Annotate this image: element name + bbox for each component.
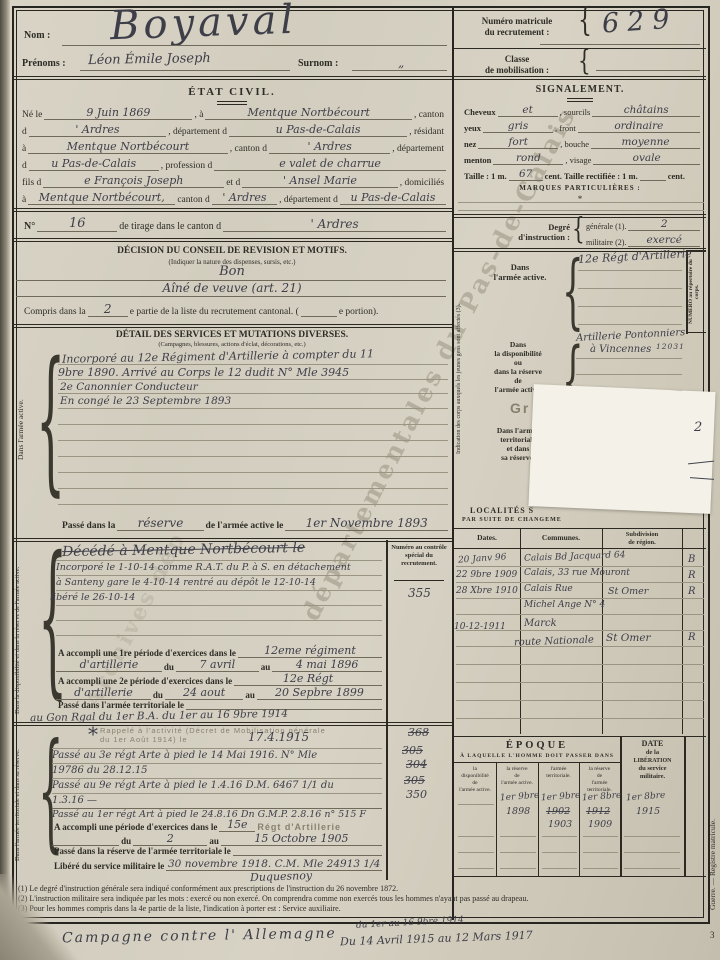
loc-col-dates: Dates. (454, 533, 520, 542)
localites-title: LOCALITÉS S (470, 506, 534, 515)
rule-line (58, 408, 448, 409)
loc-col-subdivision: Subdivision de région. (602, 531, 682, 547)
label: du (151, 690, 165, 700)
value-mother: ' Ansel Marie (242, 174, 397, 188)
margin-number: 305 (404, 774, 425, 787)
corps-dispo-num: 12031 (656, 342, 685, 351)
label: d (20, 127, 29, 137)
label: , canton (412, 110, 446, 120)
rule-line (58, 393, 448, 394)
margin-number: 350 (406, 788, 427, 801)
degre-generale-value: 2 (628, 218, 700, 231)
yeux-value: gris (483, 120, 553, 133)
compris-number: 2 (88, 302, 128, 317)
label: Passé dans la réserve de l'armée territo… (52, 846, 233, 856)
rule-line (456, 614, 704, 615)
label: , visage (563, 155, 593, 165)
rule-line (576, 358, 682, 359)
loc-col-border-3 (682, 528, 683, 734)
periode-3-row-b: du 2 au 15 Octobre 1905 (52, 832, 382, 846)
degre-militaire-value: exercé (628, 234, 700, 247)
tirage-canton: ' Ardres (223, 217, 446, 232)
entry: 19786 du 28.12.15 (52, 765, 148, 776)
label: Dans (510, 340, 526, 349)
value-departement: u Pas-de-Calais (229, 123, 407, 137)
matricule-value: 629 (601, 3, 679, 39)
periode-2-row-a: A accompli une 2e période d'exercices da… (56, 672, 382, 686)
entry: à Santeny gare le 4-10-14 rentré au dépô… (56, 577, 316, 588)
margin-label-disponibilite: Dans la disponibilité et dans la réserve… (14, 560, 36, 720)
entry: Passé au 3e régt Arte à pied le 14 Mai 1… (52, 750, 317, 761)
rule-line (456, 646, 704, 647)
label: , front (553, 123, 578, 133)
etat-line-4: d u Pas-de-Calais , profession d e valet… (20, 157, 446, 171)
blank (233, 855, 382, 856)
service-entry: En congé le 23 Septembre 1893 (60, 395, 231, 407)
passe-reserve-value: réserve (117, 516, 203, 531)
epoque-right-border (684, 736, 686, 876)
rule-line (52, 748, 382, 749)
label: militaire. (640, 773, 665, 780)
classe-label-line1: Classe (505, 54, 530, 64)
label: cent. (666, 171, 687, 181)
margin-label-corps: Indication des corps auxquels les jeunes… (456, 254, 468, 504)
label: de l'armée active le (204, 521, 286, 531)
rule-line (56, 605, 382, 606)
numero-corps-bottom (686, 332, 706, 333)
epoque-col3-header: l'armée territoriale. (538, 766, 579, 780)
value-residence: Mentque Nortbécourt (28, 140, 228, 154)
periode-2-regiment: 12e Régt (234, 672, 382, 686)
rule-line (56, 620, 382, 621)
loc-col-border-1 (520, 528, 521, 734)
section-brace: { (36, 327, 65, 511)
localites-header-line (454, 528, 706, 529)
loc-row-date: 28 Xbre 1910 (456, 586, 518, 596)
mobilisation-stamp-line2: du 1er Août 1914) le (100, 735, 188, 744)
label: l'armée (551, 766, 567, 772)
rule-line (58, 379, 448, 380)
loc-row-subdiv: St Omer (606, 632, 651, 644)
label: de la (646, 749, 659, 756)
portion-blank (301, 316, 337, 317)
label: e partie de la liste du recrutement cant… (128, 307, 301, 317)
label: de (514, 376, 522, 385)
label: dans la réserve (494, 367, 542, 376)
reserve-territoriale-row: Passé dans la réserve de l'armée territo… (52, 846, 382, 856)
rule-line (458, 852, 494, 853)
rule-line (58, 504, 448, 505)
label: l'armée active. (459, 787, 491, 793)
label: la disponibilité (494, 349, 541, 358)
entry: libéré le 26-10-14 (50, 592, 135, 603)
rule-line (500, 852, 536, 853)
periode-2-du: 24 aout (165, 686, 243, 700)
star-mark: * (88, 722, 98, 746)
margin-page-number: 3 (710, 930, 715, 940)
periode-1-du: 7 avril (176, 658, 259, 672)
epoque-date-header: DATE de la LIBÉRATION du service militai… (621, 740, 684, 781)
label: la (473, 766, 477, 772)
label: , département d (166, 127, 229, 137)
rule-line (456, 598, 704, 599)
label: de (514, 773, 519, 779)
prenoms-value: Léon Émile Joseph (88, 51, 211, 68)
label: , sourcils (558, 107, 593, 117)
rule-line (456, 700, 704, 701)
value-father: e François Joseph (43, 174, 224, 188)
title-underline (217, 101, 247, 105)
tirage-number: 16 (37, 216, 117, 232)
etat-line-3: à Mentque Nortbécourt , canton d ' Ardre… (20, 140, 446, 154)
etat-line-6: à Mentque Nortbécourt, canton d ' Ardres… (20, 191, 446, 205)
rule-line (16, 296, 446, 297)
loc-row-commune: Calais Rue (524, 584, 573, 594)
rule-line (58, 424, 448, 425)
periode-2-arme: d'artillerie (56, 686, 151, 700)
periode-2-au: 20 Sepbre 1899 (257, 686, 382, 700)
matricule-label: Numéro matricule du recrutement : (458, 16, 576, 38)
label: générale (1). (584, 222, 628, 231)
loc-row-mark: R (688, 570, 696, 581)
label: , profession d (159, 161, 214, 171)
label: , à (192, 110, 205, 120)
label: Subdivision (626, 531, 659, 538)
tirage-row: N° 16 de tirage dans le canton d ' Ardre… (22, 216, 446, 232)
rule-line (456, 664, 704, 665)
services-title: DÉTAIL DES SERVICES ET MUTATIONS DIVERSE… (12, 330, 452, 340)
label: A accompli une 2e période d'exercices da… (56, 676, 234, 686)
nom-value: Boyaval (109, 0, 298, 49)
entry: 1.3.16 — (52, 795, 97, 806)
rule-line (540, 44, 700, 45)
label: , canton d (228, 144, 269, 154)
entry: Incorporé le 1-10-14 comme R.A.T. du P. … (56, 562, 351, 573)
label: , bouche (558, 139, 591, 149)
rule-line (56, 590, 382, 591)
label: l'armée active. (494, 272, 547, 282)
slip-edge-mark: 2 (694, 420, 702, 435)
label: fils d (20, 178, 43, 188)
numero-corps-vertical-label: NUMÉRO au répertoire du corps. (688, 252, 704, 332)
stamp-partial: Gr (510, 400, 530, 416)
label: au (207, 836, 221, 846)
label: et dans (507, 444, 530, 453)
bouche-value: moyenne (591, 136, 700, 149)
label: Passé dans la (60, 521, 117, 531)
loc-row-date: 22 9bre 1909 (456, 570, 517, 580)
matricule-label-line1: Numéro matricule (482, 16, 553, 26)
periode-3-row-a: A accompli une période d'exercices dans … (52, 818, 382, 832)
value-birthdate: 9 Juin 1869 (44, 106, 192, 120)
rule-line (500, 836, 536, 837)
localites-header-underline (454, 548, 706, 549)
rule-line (542, 868, 577, 869)
label: canton d (175, 195, 211, 205)
entry: Passé au 9e régt Arte à pied le 1.4.16 D… (52, 780, 334, 791)
taille-value: 67 (509, 168, 543, 181)
label: du (119, 836, 133, 846)
surnom-value: „ (398, 56, 404, 70)
trait-row-menton: menton rond , visage ovale (462, 152, 700, 165)
label: l'armée active. (501, 780, 533, 786)
label: LIBÉRATION (634, 758, 672, 764)
rule-line (578, 288, 682, 289)
label: de tirage dans le canton d (117, 221, 223, 232)
label: cent. Taille rectifiée : 1 m. (543, 171, 640, 181)
rule-line (624, 868, 680, 869)
label: du service (639, 765, 667, 772)
value-profession: e valet de charrue (214, 157, 446, 171)
label: e portion). (337, 307, 381, 317)
rule-line (62, 45, 447, 46)
label: militaire (2). (584, 238, 628, 247)
rule-line (458, 836, 494, 837)
rule-line (58, 364, 448, 365)
label: menton (462, 155, 493, 165)
service-entry: 2e Canonnier Conducteur (60, 381, 198, 393)
rule-line (578, 324, 682, 325)
campaign-note: Campagne contre l' Allemagne (62, 926, 337, 947)
label: DATE (642, 739, 664, 748)
etat-line-5: fils d e François Joseph et d ' Ansel Ma… (20, 174, 446, 188)
nom-label: Nom : (24, 30, 50, 41)
military-register-sheet: départementales du Pas-de-Calais Archive… (0, 0, 720, 960)
label: et d (224, 178, 242, 188)
title-underline (567, 98, 593, 102)
loc-row-mark: R (688, 632, 696, 643)
periode-1-regiment: 12eme régiment (238, 644, 382, 658)
rule-line (52, 793, 382, 794)
value-birthplace: Mentque Nortbécourt (205, 106, 412, 120)
footnote-1: (1) Le degré d'instruction générale sera… (18, 884, 702, 893)
loc-row-commune: Marck (524, 618, 557, 629)
label: la réserve (506, 766, 527, 772)
degre-label-line1: Degré (548, 222, 570, 232)
periode-3-au: 15 Octobre 1905 (221, 832, 382, 846)
periode-3-numero: 15e (219, 818, 255, 832)
label: ou (514, 358, 522, 367)
label: Libéré du service militaire le (52, 861, 166, 871)
label: au (259, 662, 273, 672)
label: , résidant (407, 127, 446, 137)
classe-label-line2: de mobilisation : (485, 65, 549, 75)
degre-brace: { (572, 210, 585, 246)
loc-row-mark: R (688, 586, 696, 597)
rule-line (52, 778, 382, 779)
epoque-top-border (454, 736, 706, 737)
loc-row-commune-2: Michel Ange N° 4 (524, 600, 605, 610)
localites-subtitle: PAR SUITE DE CHANGEME (462, 517, 562, 523)
passe-reserve-row: Passé dans la réserve de l'armée active … (60, 516, 448, 531)
rule-line (542, 852, 577, 853)
loc-row-commune: Calais, 33 rue Mouront (524, 568, 630, 578)
rule-line (583, 852, 618, 853)
epoque-bottom-border (454, 876, 706, 877)
label: territoriale. (546, 773, 571, 779)
epoque-v5b: 1915 (636, 806, 660, 817)
epoque-col4-header: la réserve de l'armée territoriale. (579, 766, 620, 794)
rule-line (596, 70, 700, 71)
rule-line (56, 575, 382, 576)
matricule-label-line2: du recrutement : (485, 27, 550, 37)
numero-label: N° (22, 221, 37, 232)
binding-edge (0, 0, 10, 960)
periode-1-row-a: A accompli une 1re période d'exercices d… (56, 644, 382, 658)
label: A accompli une 1re période d'exercices d… (56, 648, 238, 658)
rule-line (578, 270, 682, 271)
epoque-v3b-struck: 1902 (546, 806, 570, 817)
rule-line (58, 472, 448, 473)
rule-line (58, 440, 448, 441)
rule-line (456, 582, 704, 583)
menton-value: rond (493, 152, 563, 165)
divider (12, 324, 452, 328)
epoque-v3c: 1903 (548, 819, 572, 830)
rule-line (458, 804, 494, 805)
epoque-subtitle: À LAQUELLE L'HOMME DOIT PASSER DANS (454, 753, 620, 759)
degre-label-line2: d'instruction : (518, 232, 570, 242)
label: d (20, 161, 29, 171)
value-canton: ' Ardres (29, 123, 166, 137)
decision-line-1: Bon (12, 264, 452, 279)
rule-line (58, 488, 448, 489)
libere-value: 30 novembre 1918. C.M. Mle 24913 1/4 (166, 858, 382, 871)
compris-row: Compris dans la 2 e partie de la liste d… (22, 302, 446, 317)
classe-brace: { (578, 43, 591, 77)
rule-line (80, 70, 290, 71)
divider (12, 208, 452, 212)
label: Passé dans l'armée territoriale le (56, 700, 186, 710)
rule-line (583, 868, 618, 869)
rule-line (456, 682, 704, 683)
margin-number: 304 (406, 758, 427, 771)
signalement-title: SIGNALEMENT. (454, 84, 706, 95)
margin-label-armee-active: Dans l'armée active. (16, 360, 28, 500)
label: nez (462, 139, 478, 149)
label: Dans (511, 262, 529, 272)
value-domicile: Mentque Nortbécourt, (28, 191, 175, 205)
prenoms-label: Prénoms : (22, 58, 66, 69)
campaign-dates: Du 14 Avril 1915 au 12 Mars 1917 (340, 929, 533, 949)
degre-militaire-row: militaire (2). exercé (584, 234, 700, 247)
rule-line (56, 635, 382, 636)
divider (454, 76, 706, 80)
footnote-3: (3) Pour les hommes compris dans la 4e p… (18, 904, 702, 913)
loc-row-mark: B (688, 554, 695, 565)
controle-col-border (386, 540, 388, 880)
nez-value: fort (478, 136, 558, 149)
rule-line (542, 836, 577, 837)
label: Taille : 1 m. (462, 171, 509, 181)
epoque-col1-header: la disponibilité de l'armée active. (454, 766, 496, 794)
label: à (20, 195, 28, 205)
label: disponibilité (461, 773, 489, 779)
matricule-brace: { (578, 2, 592, 40)
trait-row-cheveux: Cheveux et , sourcils châtains (462, 104, 700, 117)
value-departement-3: u Pas-de-Calais (340, 191, 446, 205)
pasted-paper-slip (528, 384, 715, 514)
sourcils-value: châtains (592, 104, 700, 117)
epoque-v2b: 1898 (506, 806, 530, 817)
rule-line (52, 763, 382, 764)
footnote-2: (2) L'instruction militaire sera indiqué… (18, 894, 702, 903)
service-entry: 9bre 1890. Arrivé au Corps le 12 dudit N… (58, 366, 349, 379)
loc-row-date: 10-12-1911 (454, 622, 506, 632)
decision-title: DÉCISION DU CONSEIL DE REVISION ET MOTIF… (12, 246, 452, 256)
periode-1-arme: d'artillerie (56, 658, 162, 672)
controle-header-underline (394, 580, 444, 581)
taille-rectifiee-blank (640, 180, 666, 181)
corps-active-label: Dans l'armée active. (478, 262, 562, 282)
periode-3-du: 2 (133, 832, 207, 846)
label: de (597, 773, 602, 779)
periode-3-regiment-stamp: Régt d'Artillerie (255, 822, 343, 832)
page-corner-fold (0, 874, 78, 960)
epoque-col2-header: la réserve de l'armée active. (496, 766, 538, 787)
label: , département (390, 144, 446, 154)
margin-label-territoriale: Dans l'armée territoriale et dans sa rés… (14, 740, 36, 870)
loc-row-subdiv: St Omer (608, 586, 648, 597)
rule-line (456, 718, 704, 719)
label: au (243, 690, 257, 700)
rule-line (624, 836, 680, 837)
label: l'armée (592, 780, 608, 786)
label: à (20, 144, 28, 154)
value-canton-2: ' Ardres (269, 140, 390, 154)
divider (12, 76, 452, 80)
loc-col-communes: Communes. (520, 533, 602, 542)
value-canton-3: ' Ardres (212, 191, 277, 205)
etat-line-1: Né le 9 Juin 1869 , à Mentque Nortbécour… (20, 106, 446, 120)
label: Compris dans la (22, 307, 88, 317)
label: du (162, 662, 176, 672)
surnom-label: Surnom : (298, 58, 338, 69)
front-value: ordinaire (578, 120, 700, 133)
signature: Duquesnoy (250, 869, 313, 884)
classe-label: Classe de mobilisation : (458, 54, 576, 76)
trait-row-nez: nez fort , bouche moyenne (462, 136, 700, 149)
rule-line (56, 560, 382, 561)
divider (12, 238, 452, 242)
etat-line-2: d ' Ardres , département d u Pas-de-Cala… (20, 123, 446, 137)
label: Cheveux (462, 107, 498, 117)
margin-number: 368 (408, 726, 429, 739)
label: de (472, 780, 477, 786)
periode-2-row-b: d'artillerie du 24 aout au 20 Sepbre 189… (56, 686, 382, 700)
rule-line (456, 566, 704, 567)
etat-civil-title: ÉTAT CIVIL. (12, 86, 452, 98)
margin-number: 305 (402, 744, 423, 757)
label: , département d (277, 195, 340, 205)
epoque-v4b-struck: 1912 (586, 806, 610, 817)
periode-1-row-b: d'artillerie du 7 avril au 4 mai 1896 (56, 658, 382, 672)
label: , domiciliés (398, 178, 446, 188)
rule-line (576, 374, 682, 375)
rule-line (624, 852, 680, 853)
epoque-subheader-line (454, 762, 620, 763)
label: yeux (462, 123, 483, 133)
label: la réserve (589, 766, 610, 772)
value-departement-2: u Pas-de-Calais (29, 157, 159, 171)
marques-label: MARQUES PARTICULIÈRES : (454, 184, 706, 192)
passe-reserve-date: 1er Novembre 1893 (285, 516, 448, 531)
epoque-v4c: 1909 (588, 819, 612, 830)
services-subtitle: (Campagnes, blessures, actions d'éclat, … (12, 341, 452, 348)
margin-guerre-label: Guerre. — Registre matricule. (708, 690, 720, 910)
controle-header: Numéro au contrôle spécial du recrutemen… (390, 544, 448, 568)
rule-line (500, 868, 536, 869)
